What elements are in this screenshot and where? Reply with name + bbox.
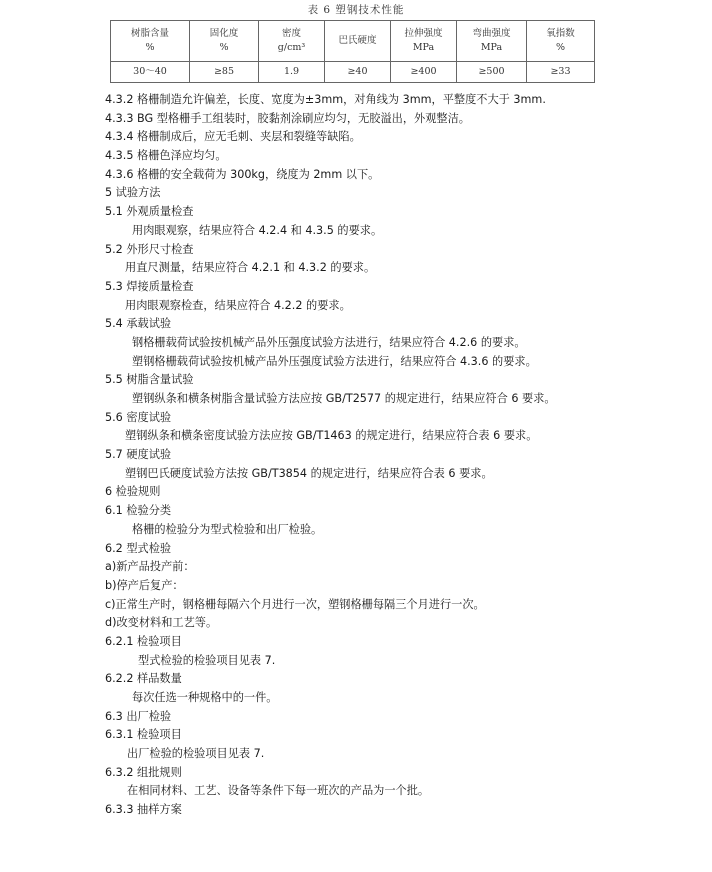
table-header-row: 树脂含量% 固化度% 密度g/cm³ 巴氏硬度 拉伸强度MPa 弯曲强度MPa … [111, 21, 595, 62]
value-cell: ≥85 [190, 62, 259, 83]
value-cell: ≥500 [457, 62, 527, 83]
subsection-heading-6-2: 6.2 型式检验 [105, 540, 605, 559]
subsection-heading-6-3-2: 6.3.2 组批规则 [105, 764, 605, 783]
section-heading-6: 6 检验规则 [105, 483, 605, 502]
paragraph-5-6: 塑钢纵条和横条密度试验方法应按 GB/T1463 的规定进行，结果应符合表 6 … [105, 427, 605, 446]
paragraph-5-2: 用直尺测量，结果应符合 4.2.1 和 4.3.2 的要求。 [105, 259, 605, 278]
clause-4-3-5: 4.3.5 格栅色泽应均匀。 [105, 147, 605, 166]
subsection-heading-5-6: 5.6 密度试验 [105, 409, 605, 428]
header-cell-oxygen-index: 氧指数% [527, 21, 595, 62]
table-value-row: 30～40 ≥85 1.9 ≥40 ≥400 ≥500 ≥33 [111, 62, 595, 83]
header-cell-curing-degree: 固化度% [190, 21, 259, 62]
subsection-heading-5-7: 5.7 硬度试验 [105, 446, 605, 465]
value-cell: 1.9 [259, 62, 325, 83]
paragraph-5-3: 用肉眼观察检查，结果应符合 4.2.2 的要求。 [105, 297, 605, 316]
paragraph-6-2-1: 型式检验的检验项目见表 7. [105, 652, 605, 671]
list-item-b: b)停产后复产： [105, 577, 605, 596]
paragraph-6-3-2: 在相同材料、工艺、设备等条件下每一班次的产品为一个批。 [105, 782, 605, 801]
header-cell-resin-content: 树脂含量% [111, 21, 190, 62]
clause-4-3-2: 4.3.2 格栅制造允许偏差，长度、宽度为±3mm，对角线为 3mm，平整度不大… [105, 91, 605, 110]
value-cell: ≥33 [527, 62, 595, 83]
paragraph-5-4-steel: 钢格栅载荷试验按机械产品外压强度试验方法进行，结果应符合 4.2.6 的要求。 [105, 334, 605, 353]
paragraph-5-5: 塑钢纵条和横条树脂含量试验方法应按 GB/T2577 的规定进行，结果应符合 6… [105, 390, 605, 409]
paragraph-6-3-1: 出厂检验的检验项目见表 7. [105, 745, 605, 764]
subsection-heading-5-5: 5.5 树脂含量试验 [105, 371, 605, 390]
subsection-heading-5-1: 5.1 外观质量检查 [105, 203, 605, 222]
value-cell: ≥400 [391, 62, 457, 83]
list-item-c: c)正常生产时，钢格栅每隔六个月进行一次，塑钢格栅每隔三个月进行一次。 [105, 596, 605, 615]
value-cell: ≥40 [325, 62, 391, 83]
subsection-heading-6-3-3: 6.3.3 抽样方案 [105, 801, 605, 820]
paragraph-5-4-plastic: 塑钢格栅载荷试验按机械产品外压强度试验方法进行，结果应符合 4.3.6 的要求。 [105, 353, 605, 372]
header-cell-density: 密度g/cm³ [259, 21, 325, 62]
document-body: 4.3.2 格栅制造允许偏差，长度、宽度为±3mm，对角线为 3mm，平整度不大… [105, 91, 605, 820]
subsection-heading-5-4: 5.4 承载试验 [105, 315, 605, 334]
subsection-heading-6-2-2: 6.2.2 样品数量 [105, 670, 605, 689]
table-caption: 表 6 塑钢技术性能 [0, 2, 712, 17]
subsection-heading-6-3-1: 6.3.1 检验项目 [105, 726, 605, 745]
paragraph-6-2-2: 每次任选一种规格中的一件。 [105, 689, 605, 708]
header-cell-tensile-strength: 拉伸强度MPa [391, 21, 457, 62]
paragraph-6-1: 格栅的检验分为型式检验和出厂检验。 [105, 521, 605, 540]
list-item-a: a)新产品投产前： [105, 558, 605, 577]
subsection-heading-6-2-1: 6.2.1 检验项目 [105, 633, 605, 652]
section-heading-5: 5 试验方法 [105, 184, 605, 203]
header-cell-flexural-strength: 弯曲强度MPa [457, 21, 527, 62]
clause-4-3-3: 4.3.3 BG 型格栅手工组装时，胶黏剂涂刷应均匀，无胶溢出，外观整洁。 [105, 110, 605, 129]
paragraph-5-1: 用肉眼观察，结果应符合 4.2.4 和 4.3.5 的要求。 [105, 222, 605, 241]
clause-4-3-4: 4.3.4 格栅制成后，应无毛刺、夹层和裂缝等缺陷。 [105, 128, 605, 147]
subsection-heading-5-2: 5.2 外形尺寸检查 [105, 241, 605, 260]
subsection-heading-6-3: 6.3 出厂检验 [105, 708, 605, 727]
paragraph-5-7: 塑钢巴氏硬度试验方法按 GB/T3854 的规定进行，结果应符合表 6 要求。 [105, 465, 605, 484]
subsection-heading-5-3: 5.3 焊接质量检查 [105, 278, 605, 297]
header-cell-barcol-hardness: 巴氏硬度 [325, 21, 391, 62]
list-item-d: d)改变材料和工艺等。 [105, 614, 605, 633]
plastic-steel-performance-table: 树脂含量% 固化度% 密度g/cm³ 巴氏硬度 拉伸强度MPa 弯曲强度MPa … [110, 20, 595, 83]
clause-4-3-6: 4.3.6 格栅的安全载荷为 300kg，绕度为 2mm 以下。 [105, 166, 605, 185]
subsection-heading-6-1: 6.1 检验分类 [105, 502, 605, 521]
value-cell: 30～40 [111, 62, 190, 83]
